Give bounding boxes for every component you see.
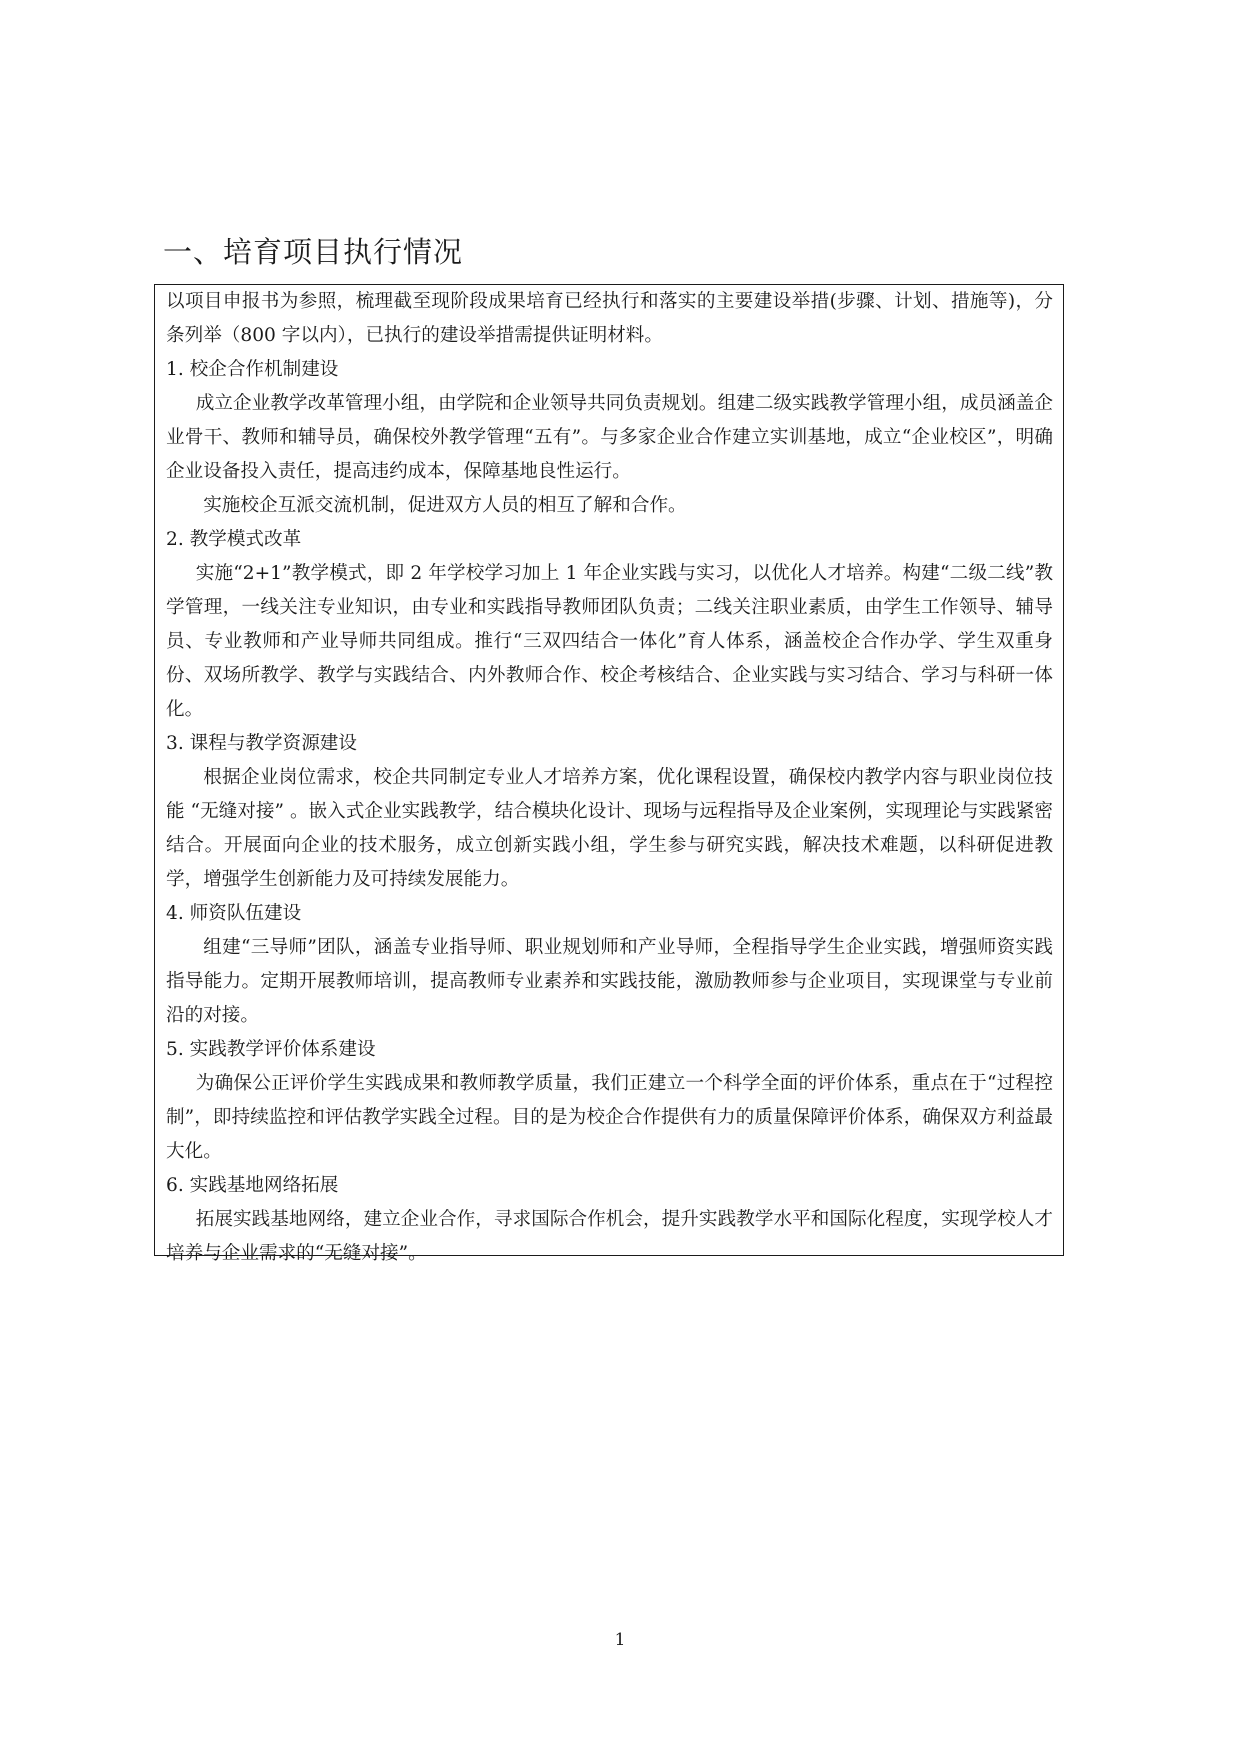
section-2: 2. 教学模式改革 实施“2+1”教学模式，即 2 年学校学习加上 1 年企业实… [166, 523, 1053, 727]
section-title: 6. 实践基地网络拓展 [166, 1169, 1053, 1203]
section-3: 3. 课程与教学资源建设 根据企业岗位需求，校企共同制定专业人才培养方案，优化课… [166, 727, 1053, 897]
section-paragraph: 成立企业教学改革管理小组，由学院和企业领导共同负责规划。组建二级实践教学管理小组… [166, 387, 1053, 489]
section-title: 1. 校企合作机制建设 [166, 353, 1053, 387]
section-paragraph: 实施校企互派交流机制，促进双方人员的相互了解和合作。 [166, 489, 1053, 523]
section-paragraph: 为确保公正评价学生实践成果和教师教学质量，我们正建立一个科学全面的评价体系，重点… [166, 1067, 1053, 1169]
section-paragraph: 根据企业岗位需求，校企共同制定专业人才培养方案，优化课程设置，确保校内教学内容与… [166, 761, 1053, 897]
section-paragraph: 组建“三导师”团队，涵盖专业指导师、职业规划师和产业导师，全程指导学生企业实践，… [166, 931, 1053, 1033]
section-4: 4. 师资队伍建设 组建“三导师”团队，涵盖专业指导师、职业规划师和产业导师，全… [166, 897, 1053, 1033]
page-title: 一、培育项目执行情况 [163, 230, 463, 274]
page-number: 1 [0, 1628, 1240, 1652]
section-1: 1. 校企合作机制建设 成立企业教学改革管理小组，由学院和企业领导共同负责规划。… [166, 353, 1053, 523]
section-title: 5. 实践教学评价体系建设 [166, 1033, 1053, 1067]
section-title: 3. 课程与教学资源建设 [166, 727, 1053, 761]
section-paragraph: 拓展实践基地网络，建立企业合作，寻求国际合作机会，提升实践教学水平和国际化程度，… [166, 1203, 1053, 1271]
section-title: 2. 教学模式改革 [166, 523, 1053, 557]
instructions-text: 以项目申报书为参照，梳理截至现阶段成果培育已经执行和落实的主要建设举措(步骤、计… [166, 285, 1053, 353]
section-6: 6. 实践基地网络拓展 拓展实践基地网络，建立企业合作，寻求国际合作机会，提升实… [166, 1169, 1053, 1271]
section-title: 4. 师资队伍建设 [166, 897, 1053, 931]
section-5: 5. 实践教学评价体系建设 为确保公正评价学生实践成果和教师教学质量，我们正建立… [166, 1033, 1053, 1169]
section-paragraph: 实施“2+1”教学模式，即 2 年学校学习加上 1 年企业实践与实习，以优化人才… [166, 557, 1053, 727]
execution-content-box: 以项目申报书为参照，梳理截至现阶段成果培育已经执行和落实的主要建设举措(步骤、计… [154, 284, 1064, 1256]
